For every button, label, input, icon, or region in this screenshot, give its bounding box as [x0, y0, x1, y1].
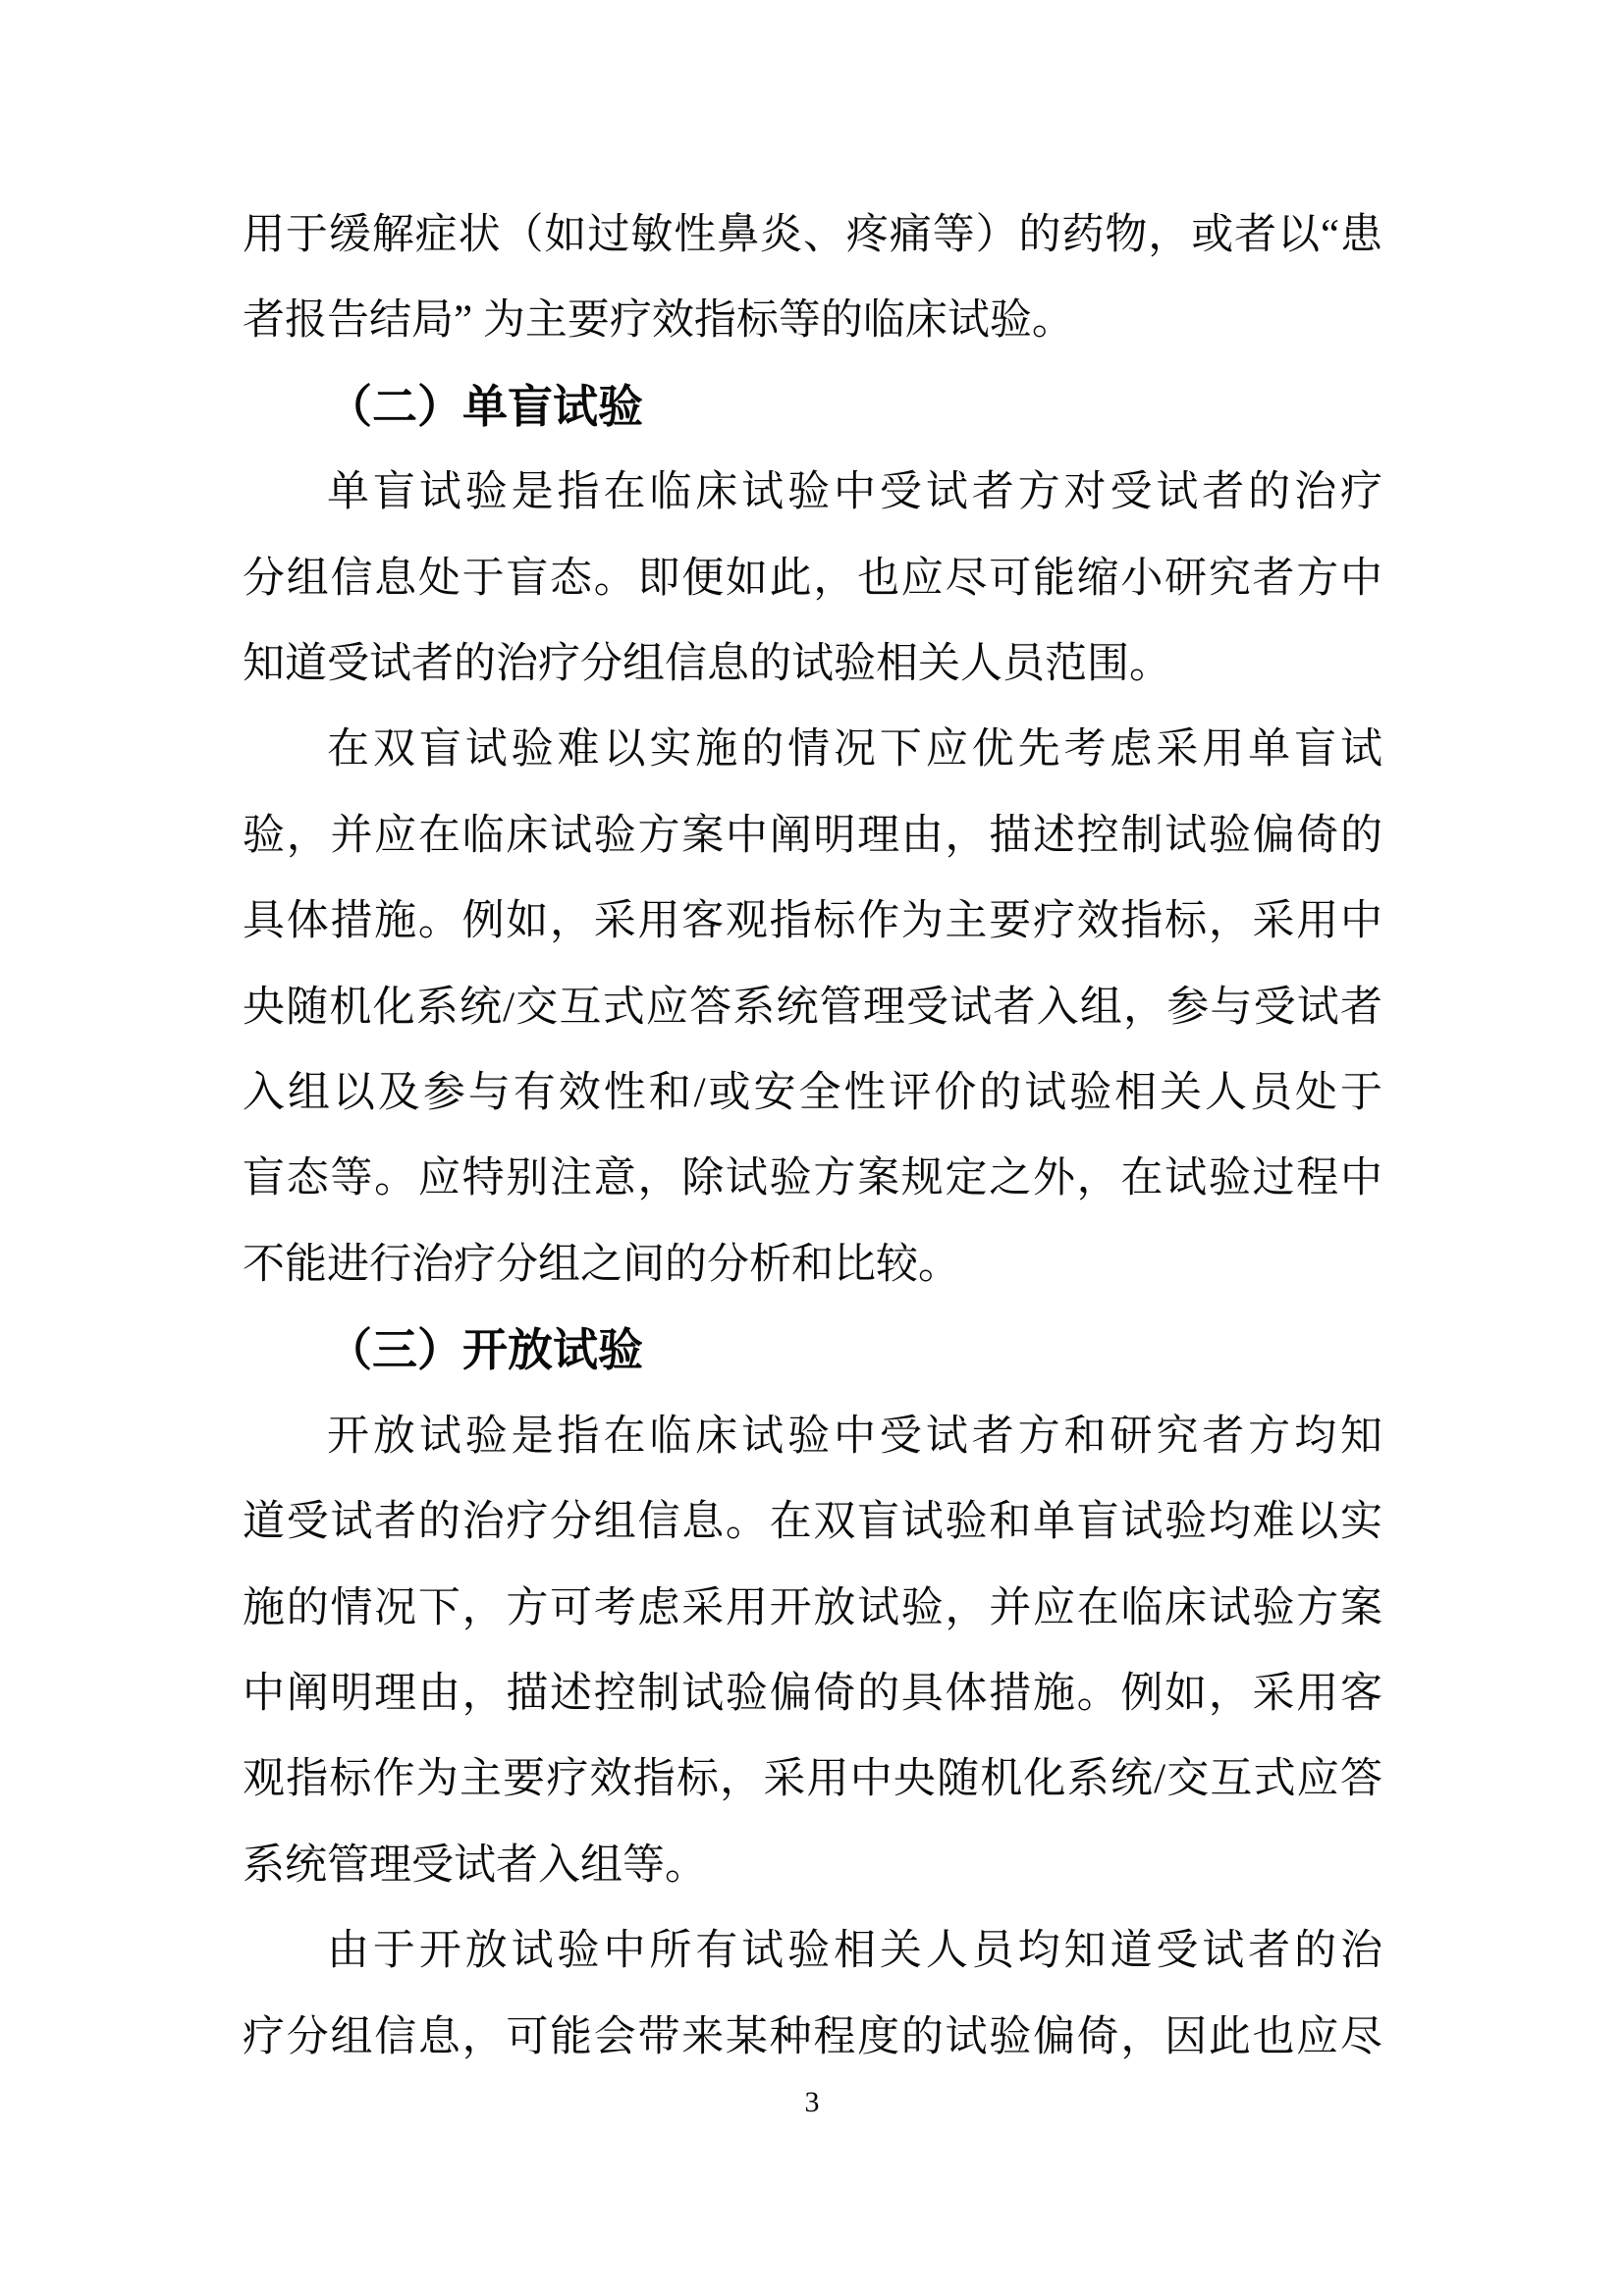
text-line: 分组信息处于盲态。即便如此，也应尽可能缩小研究者方中	[243, 536, 1382, 621]
text-line: 盲态等。应特别注意，除试验方案规定之外，在试验过程中	[243, 1136, 1382, 1221]
document-body: 用于缓解症状（如过敏性鼻炎、疼痛等）的药物，或者以“患 者报告结局” 为主要疗效…	[243, 192, 1382, 2080]
page-number: 3	[0, 2085, 1624, 2120]
section-heading: （三）开放试验	[243, 1308, 1382, 1393]
text-line: 道受试者的治疗分组信息。在双盲试验和单盲试验均难以实	[243, 1479, 1382, 1565]
text-line: 央随机化系统/交互式应答系统管理受试者入组，参与受试者	[243, 965, 1382, 1050]
document-page: 用于缓解症状（如过敏性鼻炎、疼痛等）的药物，或者以“患 者报告结局” 为主要疗效…	[0, 0, 1624, 2296]
text-line: 验，并应在临床试验方案中阐明理由，描述控制试验偏倚的	[243, 793, 1382, 879]
text-line: 在双盲试验难以实施的情况下应优先考虑采用单盲试	[243, 707, 1382, 792]
text-line: 由于开放试验中所有试验相关人员均知道受试者的治	[243, 1908, 1382, 1994]
text-line: 疗分组信息，可能会带来某种程度的试验偏倚，因此也应尽	[243, 1995, 1382, 2080]
text-line: 开放试验是指在临床试验中受试者方和研究者方均知	[243, 1394, 1382, 1479]
section-heading: （二）单盲试验	[243, 364, 1382, 450]
text-line: 者报告结局” 为主要疗效指标等的临床试验。	[243, 278, 1382, 363]
text-line: 单盲试验是指在临床试验中受试者方对受试者的治疗	[243, 450, 1382, 535]
text-line: 用于缓解症状（如过敏性鼻炎、疼痛等）的药物，或者以“患	[243, 192, 1382, 278]
text-line: 观指标作为主要疗效指标，采用中央随机化系统/交互式应答	[243, 1736, 1382, 1822]
text-line: 知道受试者的治疗分组信息的试验相关人员范围。	[243, 621, 1382, 707]
text-line: 系统管理受试者入组等。	[243, 1823, 1382, 1908]
text-line: 入组以及参与有效性和/或安全性评价的试验相关人员处于	[243, 1050, 1382, 1136]
text-line: 不能进行治疗分组之间的分析和比较。	[243, 1222, 1382, 1308]
text-line: 中阐明理由，描述控制试验偏倚的具体措施。例如，采用客	[243, 1651, 1382, 1736]
text-line: 具体措施。例如，采用客观指标作为主要疗效指标，采用中	[243, 879, 1382, 964]
text-line: 施的情况下，方可考虑采用开放试验，并应在临床试验方案	[243, 1566, 1382, 1651]
